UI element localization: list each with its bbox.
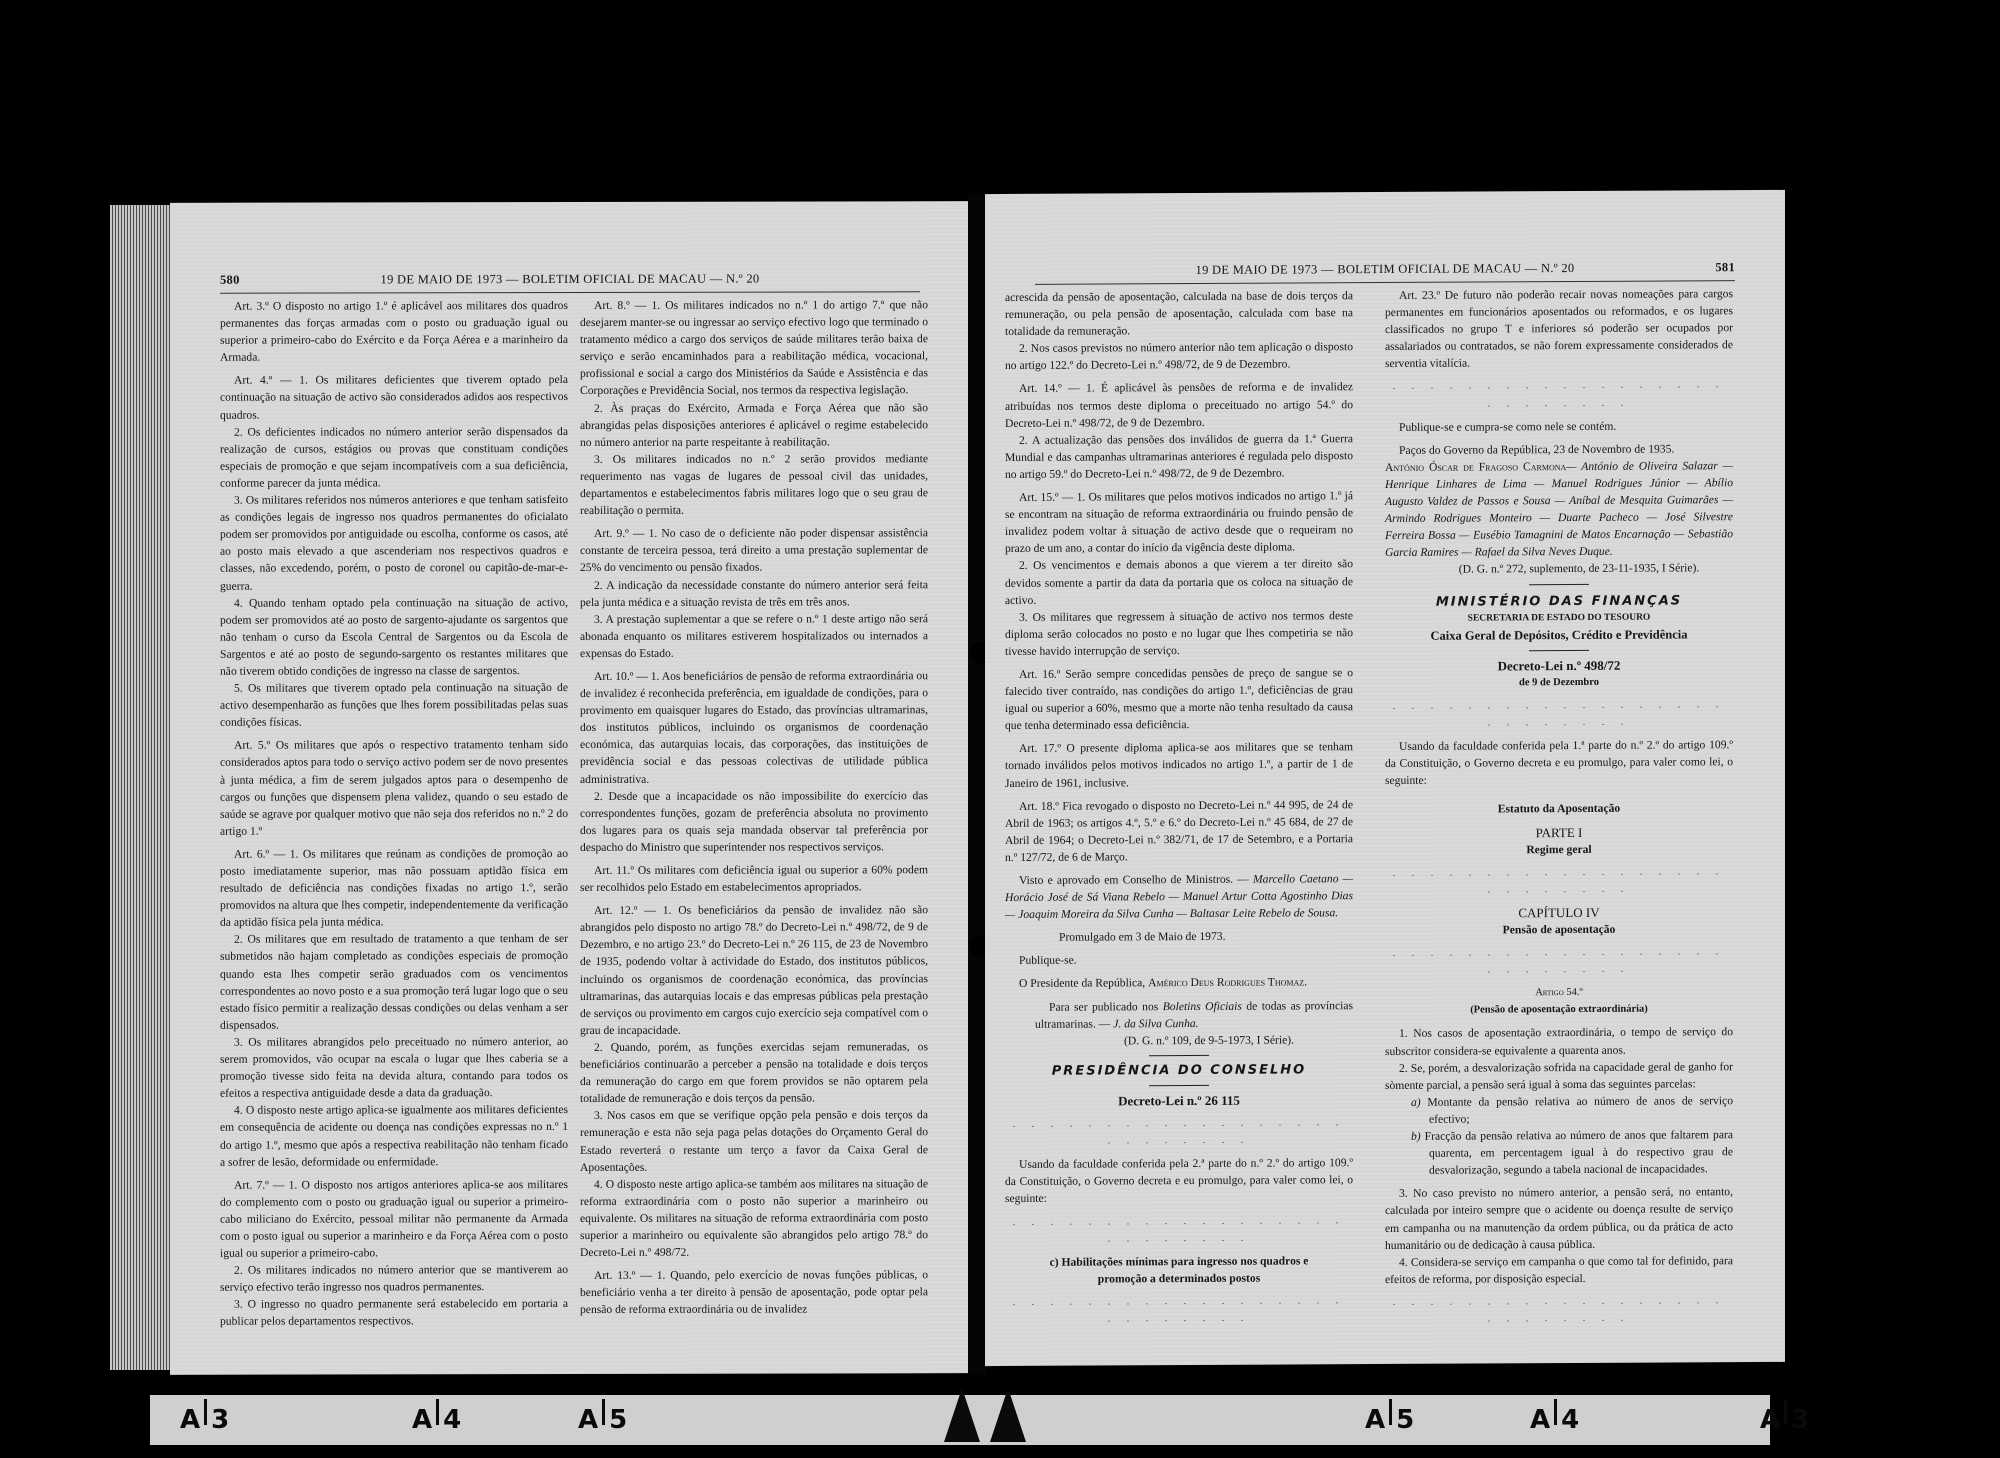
signatories: António Óscar de Fragoso Carmona— Antóni… <box>1385 457 1733 561</box>
promulgation-date: Promulgado em 3 de Maio de 1973. <box>1005 927 1353 946</box>
decree-intro: Usando da faculdade conferida pela 2.ª p… <box>1005 1154 1353 1207</box>
right-col1-paragraph: acrescida da pensão de aposentação, calc… <box>1005 287 1353 340</box>
book-spine <box>968 195 986 1375</box>
publish-line: Publique-se. <box>1005 951 1353 970</box>
left-col2-paragraph: Art. 12.º — 1. Os beneficiários da pensã… <box>580 901 928 1038</box>
right-page: 19 DE MAIO DE 1973 — BOLETIM OFICIAL DE … <box>985 190 1785 1366</box>
part-title: Regime geral <box>1385 840 1733 859</box>
section-heading: PRESIDÊNCIA DO CONSELHO <box>1005 1061 1353 1080</box>
decree-date: de 9 de Dezembro <box>1385 673 1733 692</box>
left-col2-paragraph: Art. 13.º — 1. Quando, pelo exercício de… <box>580 1266 928 1318</box>
left-col1-paragraph: Art. 5.º Os militares que após o respect… <box>220 736 568 839</box>
frame-notch <box>944 1388 980 1442</box>
page-stack-edge <box>110 205 172 1370</box>
chapter-heading: CAPÍTULO IV <box>1385 903 1733 922</box>
film-marker: A5 <box>578 1405 627 1435</box>
article-54-item-b: b) Fracção da pensão relativa ao número … <box>1385 1126 1733 1179</box>
left-col2-paragraph: Art. 9.º — 1. No caso de o deficiente nã… <box>580 524 928 576</box>
left-col2-paragraph: 2. Às praças do Exército, Armada e Força… <box>580 399 928 451</box>
left-col1-paragraph: 4. Quando tenham optado pela continuação… <box>220 594 568 680</box>
left-col2-paragraph: 2. Quando, porém, as funções exercidas s… <box>580 1038 928 1107</box>
left-col1-paragraph: Art. 6.º — 1. Os militares que reúnam as… <box>220 845 568 931</box>
film-marker: A5 <box>1365 1405 1414 1435</box>
statute-title: Estatuto da Aposentação <box>1385 800 1733 819</box>
left-col1-paragraph: 2. Os militares que em resultado de trat… <box>220 930 568 1033</box>
left-col2-paragraph: Art. 8.º — 1. Os militares indicados no … <box>580 296 928 399</box>
left-col1-paragraph: 4. O disposto neste artigo aplica-se igu… <box>220 1101 568 1170</box>
right-page-column-2: Art. 23.º De futuro não poderão recair n… <box>1385 285 1733 1334</box>
ellipsis-dots: . . . . . . . . . . . . . . . . . . . . … <box>1385 377 1733 413</box>
section-divider <box>1529 583 1589 584</box>
left-col1-paragraph: Art. 3.º O disposto no artigo 1.º é apli… <box>220 297 568 366</box>
frame-notch <box>990 1388 1026 1442</box>
source-reference: (D. G. n.º 272, suplemento, de 23-11-193… <box>1385 560 1733 579</box>
left-col1-paragraph: Art. 4.º — 1. Os militares deficientes q… <box>220 371 568 423</box>
palace-line: Paços do Governo da República, 23 de Nov… <box>1385 440 1733 459</box>
ministry-heading: MINISTÉRIO DAS FINANÇAS <box>1385 592 1733 611</box>
left-page-column-2: Art. 8.º — 1. Os militares indicados no … <box>580 296 928 1318</box>
institution-heading: Caixa Geral de Depósitos, Crédito e Prev… <box>1385 626 1733 645</box>
film-marker: A4 <box>1530 1405 1579 1435</box>
left-col1-paragraph: Art. 7.º — 1. O disposto nos artigos ant… <box>220 1176 568 1262</box>
left-col2-paragraph: 2. Desde que a incapacidade os não impos… <box>580 787 928 856</box>
subsection-title: c) Habilitações mínimas para ingresso no… <box>1005 1252 1353 1288</box>
president-name: Américo Deus Rodrigues Thomaz. <box>1148 976 1307 990</box>
right-col1-paragraph: Art. 14.º — 1. É aplicável às pensões de… <box>1005 379 1353 432</box>
source-reference: (D. G. n.º 109, de 9-5-1973, I Série). <box>1005 1031 1353 1050</box>
article-54-item-1: 1. Nos casos de aposentação extraordinár… <box>1385 1024 1733 1060</box>
section-divider <box>1529 650 1589 651</box>
left-col1-paragraph: 3. Os militares referidos nos números an… <box>220 491 568 594</box>
running-head-right: 19 DE MAIO DE 1973 — BOLETIM OFICIAL DE … <box>1035 258 1735 285</box>
right-col1-paragraph: 2. A actualização das pensões dos inváli… <box>1005 430 1353 483</box>
right-col1-paragraph: Art. 18.º Fica revogado o disposto no De… <box>1005 796 1353 866</box>
secretariat-heading: SECRETARIA DE ESTADO DO TESOURO <box>1385 609 1733 628</box>
articles-block: acrescida da pensão de aposentação, calc… <box>1005 287 1353 866</box>
film-marker: A3 <box>180 1405 229 1435</box>
left-page: 580 19 DE MAIO DE 1973 — BOLETIM OFICIAL… <box>170 201 970 1375</box>
chapter-title: Pensão de aposentação <box>1385 920 1733 939</box>
right-col1-paragraph: Art. 16.º Serão sempre concedidas pensõe… <box>1005 664 1353 734</box>
approval-paragraph: Visto e aprovado em Conselho de Ministro… <box>1005 870 1353 923</box>
left-page-column-1: Art. 3.º O disposto no artigo 1.º é apli… <box>220 297 568 1330</box>
left-col2-paragraph: 3. A prestação suplementar a que se refe… <box>580 610 928 662</box>
left-col1-paragraph: 2. Os militares indicados no número ante… <box>220 1261 568 1296</box>
article-54-item-a: a) Montante da pensão relativa ao número… <box>1385 1092 1733 1128</box>
decree-title: Decreto-Lei n.º 26 115 <box>1005 1091 1353 1110</box>
right-col1-paragraph: 3. Os militares que regressem à situação… <box>1005 607 1353 660</box>
ellipsis-dots: . . . . . . . . . . . . . . . . . . . . … <box>1005 1114 1353 1150</box>
article-54-item-3: 3. No caso previsto no número anterior, … <box>1385 1183 1733 1253</box>
left-col2-paragraph: 3. Os militares indicados no n.º 2 serão… <box>580 450 928 519</box>
decree-title: Decreto-Lei n.º 498/72 <box>1385 656 1733 675</box>
ellipsis-dots: . . . . . . . . . . . . . . . . . . . . … <box>1005 1292 1353 1328</box>
right-col1-paragraph: Art. 17.º O presente diploma aplica-se a… <box>1005 739 1353 792</box>
decree-intro: Usando da faculdade conferida pela 1.ª p… <box>1385 736 1733 789</box>
article-54-item-2: 2. Se, porém, a desvalorização sofrida n… <box>1385 1058 1733 1094</box>
left-col2-paragraph: 3. Nos casos em que se verifique opção p… <box>580 1107 928 1176</box>
left-col2-paragraph: 2. A indicação da necessidade constante … <box>580 576 928 611</box>
film-marker: A4 <box>412 1405 461 1435</box>
president-line: O Presidente da República, Américo Deus … <box>1005 974 1353 993</box>
left-col2-paragraph: Art. 11.º Os militares com deficiência i… <box>580 861 928 896</box>
ellipsis-dots: . . . . . . . . . . . . . . . . . . . . … <box>1005 1212 1353 1248</box>
section-divider <box>1149 1055 1209 1056</box>
right-col1-paragraph: Art. 15.º — 1. Os militares que pelos mo… <box>1005 487 1353 557</box>
article-23: Art. 23.º De futuro não poderão recair n… <box>1385 285 1733 372</box>
part-heading: PARTE I <box>1385 823 1733 842</box>
publication-order: Para ser publicado nos Boletins Oficiais… <box>1005 997 1353 1033</box>
right-page-column-1: acrescida da pensão de aposentação, calc… <box>1005 287 1353 1334</box>
right-col1-paragraph: 2. Nos casos previstos no número anterio… <box>1005 338 1353 374</box>
publish-line: Publique-se e cumpra-se como nele se con… <box>1385 417 1733 436</box>
left-col1-paragraph: 3. Os militares abrangidos pelo preceitu… <box>220 1033 568 1102</box>
article-title: (Pensão de aposentação extraordinária) <box>1385 1001 1733 1020</box>
section-divider <box>1149 1085 1209 1086</box>
article-54-item-4: 4. Considera-se serviço em campanha o qu… <box>1385 1252 1733 1288</box>
ellipsis-dots: . . . . . . . . . . . . . . . . . . . . … <box>1385 943 1733 979</box>
left-col1-paragraph: 3. O ingresso no quadro permanente será … <box>220 1295 568 1330</box>
ellipsis-dots: . . . . . . . . . . . . . . . . . . . . … <box>1385 1292 1733 1328</box>
ellipsis-dots: . . . . . . . . . . . . . . . . . . . . … <box>1385 863 1733 899</box>
film-marker: A3 <box>1760 1405 1809 1435</box>
left-col2-paragraph: 4. O disposto neste artigo aplica-se tam… <box>580 1175 928 1261</box>
running-head-title: 19 DE MAIO DE 1973 — BOLETIM OFICIAL DE … <box>220 271 920 287</box>
right-col1-paragraph: 2. Os vencimentos e demais abonos a que … <box>1005 556 1353 609</box>
running-head-title: 19 DE MAIO DE 1973 — BOLETIM OFICIAL DE … <box>1035 260 1735 279</box>
running-head-left: 580 19 DE MAIO DE 1973 — BOLETIM OFICIAL… <box>220 269 920 293</box>
page-number: 581 <box>1715 260 1735 275</box>
article-heading: Artigo 54.º <box>1385 983 1733 1002</box>
left-col2-paragraph: Art. 10.º — 1. Aos beneficiários de pens… <box>580 667 928 787</box>
left-col1-paragraph: 5. Os militares que tiverem optado pela … <box>220 679 568 731</box>
left-col1-paragraph: 2. Os deficientes indicados no número an… <box>220 423 568 492</box>
ellipsis-dots: . . . . . . . . . . . . . . . . . . . . … <box>1385 696 1733 732</box>
